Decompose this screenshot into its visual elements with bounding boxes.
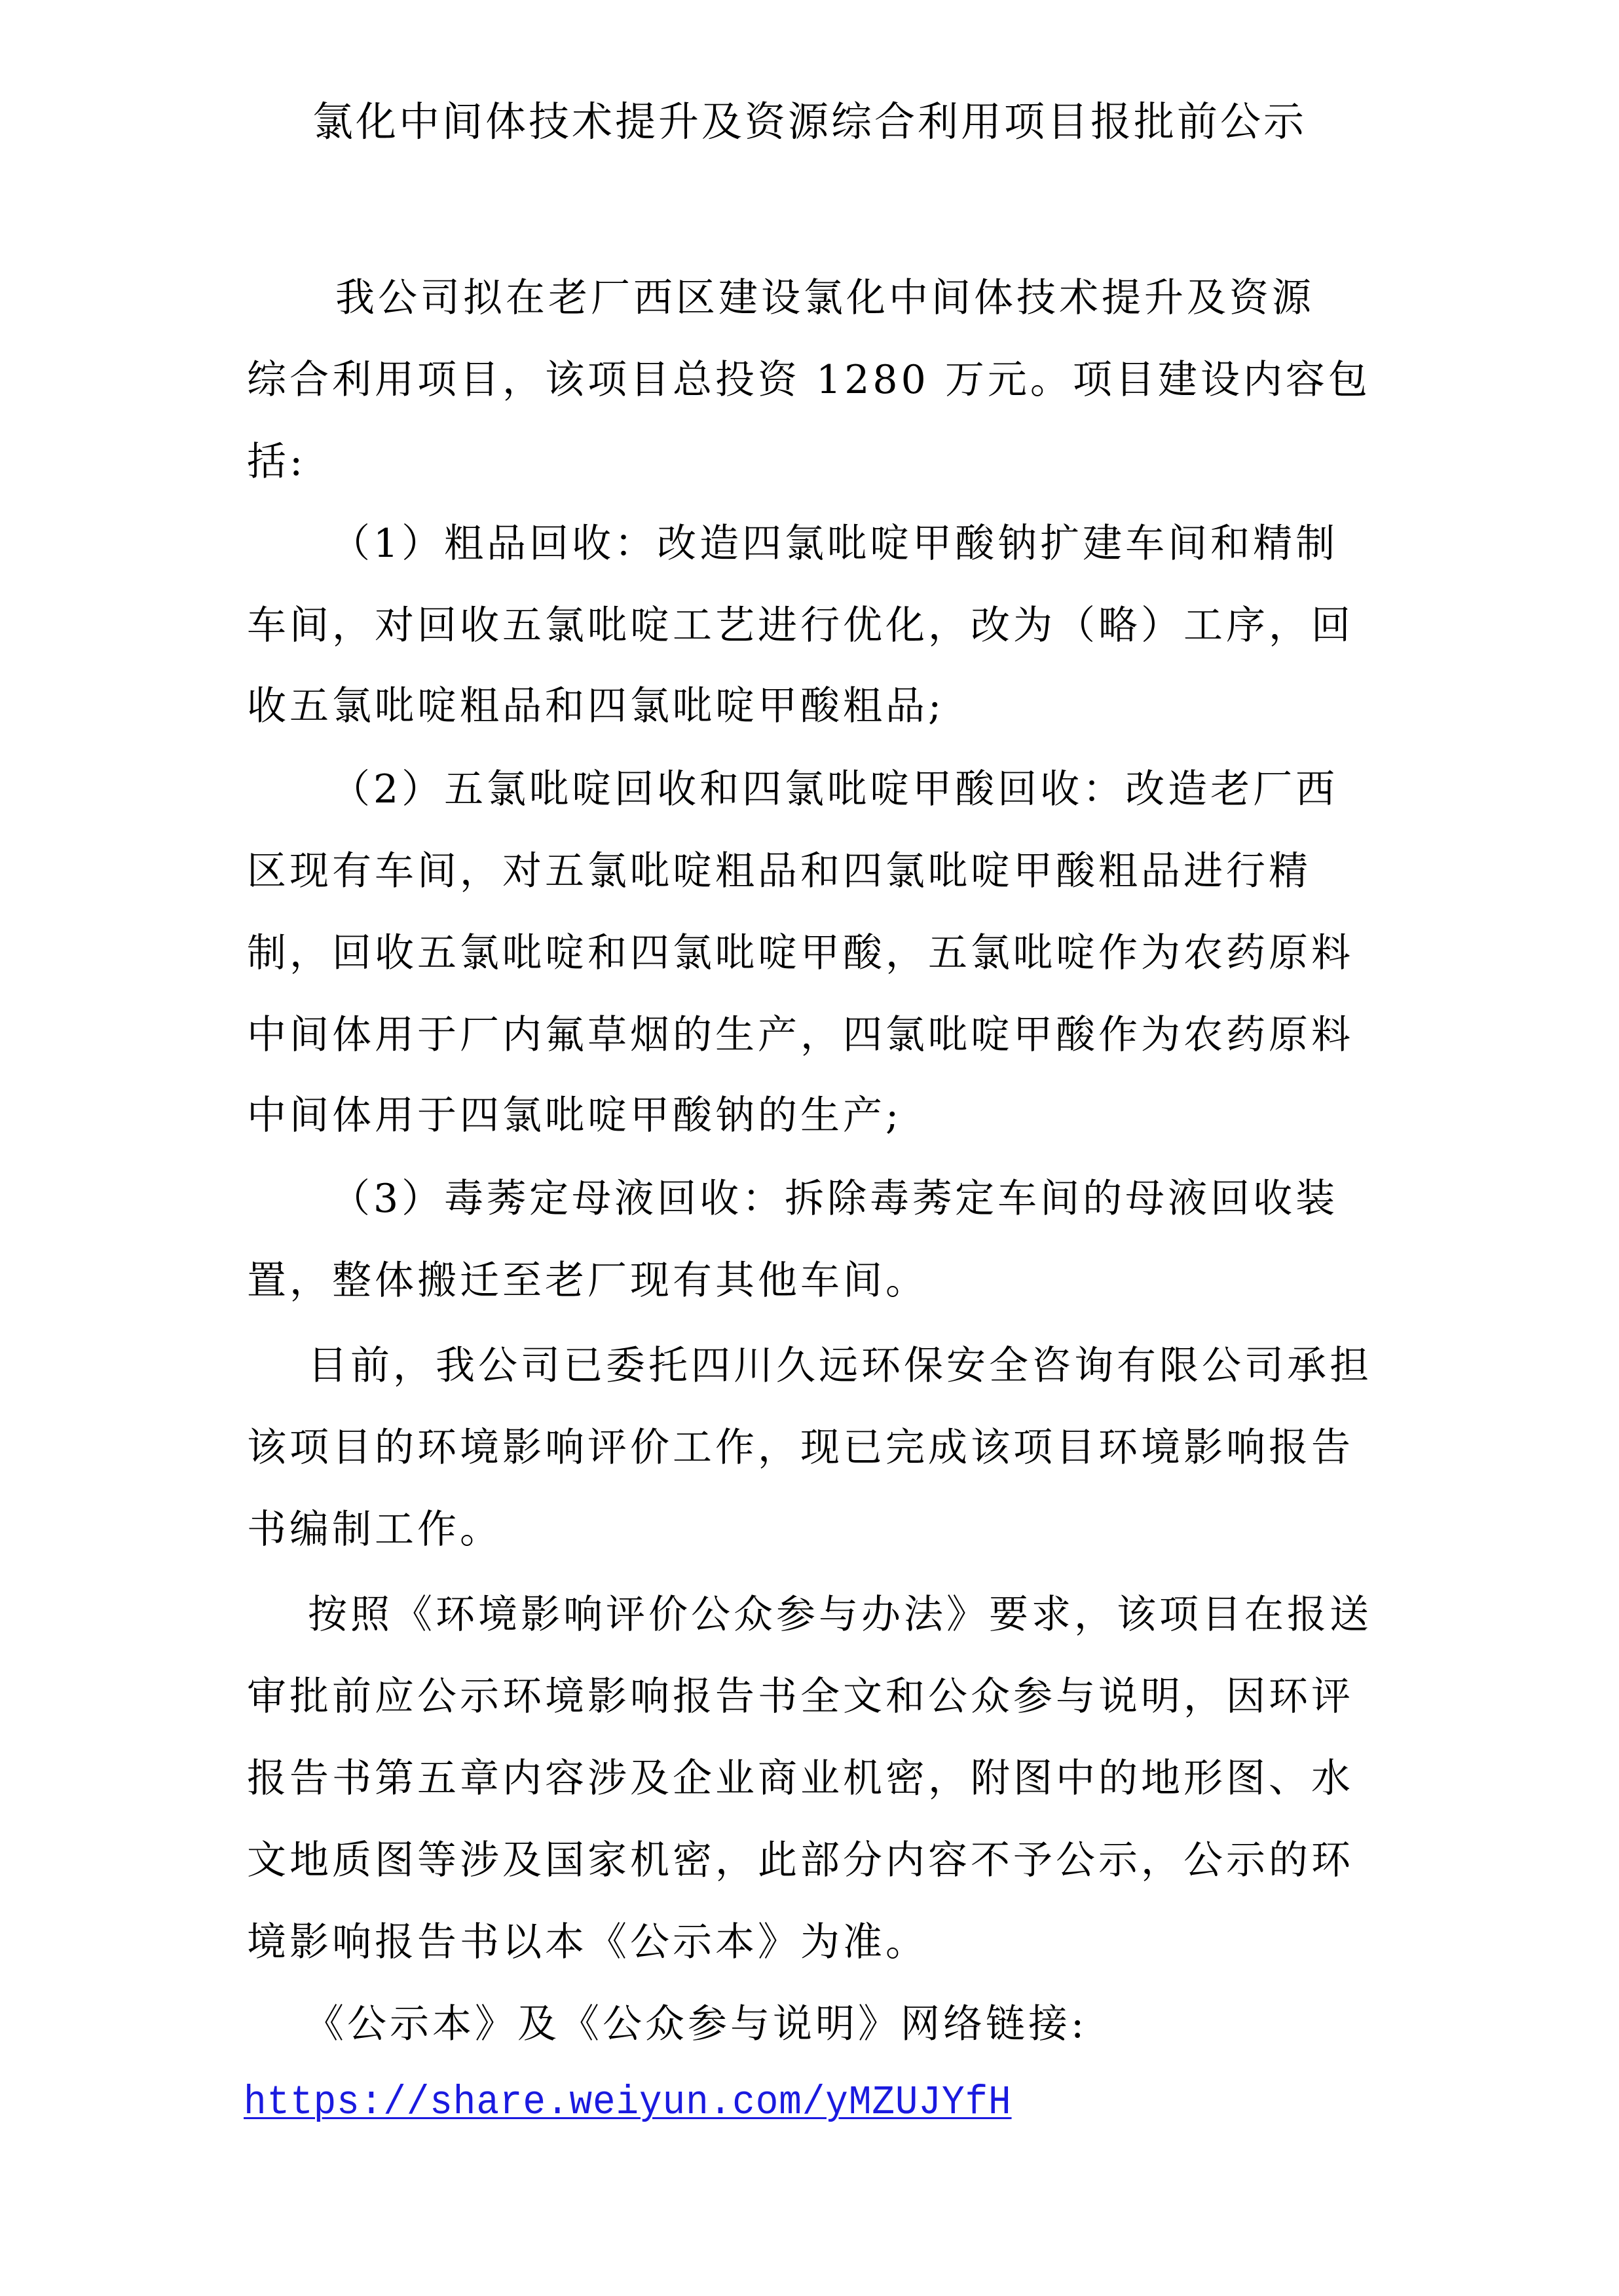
document-page: 氯化中间体技术提升及资源综合利用项目报批前公示 我公司拟在老厂西区建设氯化中间体… <box>0 0 1619 2296</box>
paragraph-status-line-3: 书编制工作。 <box>247 1503 502 1556</box>
item-3-line-2: 置，整体搬迁至老厂现有其他车间。 <box>247 1254 928 1307</box>
paragraph-disclosure-line-3: 报告书第五章内容涉及企业商业机密，附图中的地形图、水 <box>247 1752 1354 1805</box>
item-2-line-5: 中间体用于四氯吡啶甲酸钠的生产; <box>247 1089 902 1142</box>
link-intro-text: 《公示本》及《公众参与说明》网络链接: <box>305 1998 1087 2050</box>
paragraph-status-line-1: 目前，我公司已委托四川久远环保安全咨询有限公司承担 <box>308 1340 1372 1392</box>
item-2-line-2: 区现有车间，对五氯吡啶粗品和四氯吡啶甲酸粗品进行精 <box>247 845 1311 897</box>
item-1-line-2: 车间，对回收五氯吡啶工艺进行优化，改为（略）工序，回 <box>247 599 1354 652</box>
paragraph-disclosure-line-2: 审批前应公示环境影响报告书全文和公众参与说明，因环评 <box>247 1670 1354 1723</box>
item-2-line-4: 中间体用于厂内氟草烟的生产，四氯吡啶甲酸作为农药原料 <box>247 1009 1354 1061</box>
item-1-line-3: 收五氯吡啶粗品和四氯吡啶甲酸粗品; <box>247 680 944 732</box>
item-1-line-1: （1）粗品回收：改造四氯吡啶甲酸钠扩建车间和精制 <box>331 518 1338 570</box>
item-2-line-3: 制，回收五氯吡啶和四氯吡啶甲酸，五氯吡啶作为农药原料 <box>247 927 1354 979</box>
paragraph-intro-line-3: 括: <box>247 436 306 488</box>
document-title: 氯化中间体技术提升及资源综合利用项目报批前公示 <box>0 98 1619 145</box>
paragraph-intro-line-2: 综合利用项目，该项目总投资 1280 万元。项目建设内容包 <box>247 354 1371 406</box>
item-3-line-1: （3）毒莠定母液回收：拆除毒莠定车间的母液回收装 <box>331 1173 1338 1225</box>
paragraph-status-line-2: 该项目的环境影响评价工作，现已完成该项目环境影响报告 <box>247 1421 1354 1474</box>
paragraph-disclosure-line-5: 境影响报告书以本《公示本》为准。 <box>247 1916 928 1968</box>
paragraph-intro-line-1: 我公司拟在老厂西区建设氯化中间体技术提升及资源 <box>335 272 1314 324</box>
paragraph-disclosure-line-1: 按照《环境影响评价公众参与办法》要求，该项目在报送 <box>308 1589 1372 1641</box>
share-link[interactable]: https://share.weiyun.com/yMZUJYfH <box>244 2077 1012 2129</box>
paragraph-disclosure-line-4: 文地质图等涉及国家机密，此部分内容不予公示，公示的环 <box>247 1834 1354 1887</box>
item-2-line-1: （2）五氯吡啶回收和四氯吡啶甲酸回收：改造老厂西 <box>331 763 1338 816</box>
